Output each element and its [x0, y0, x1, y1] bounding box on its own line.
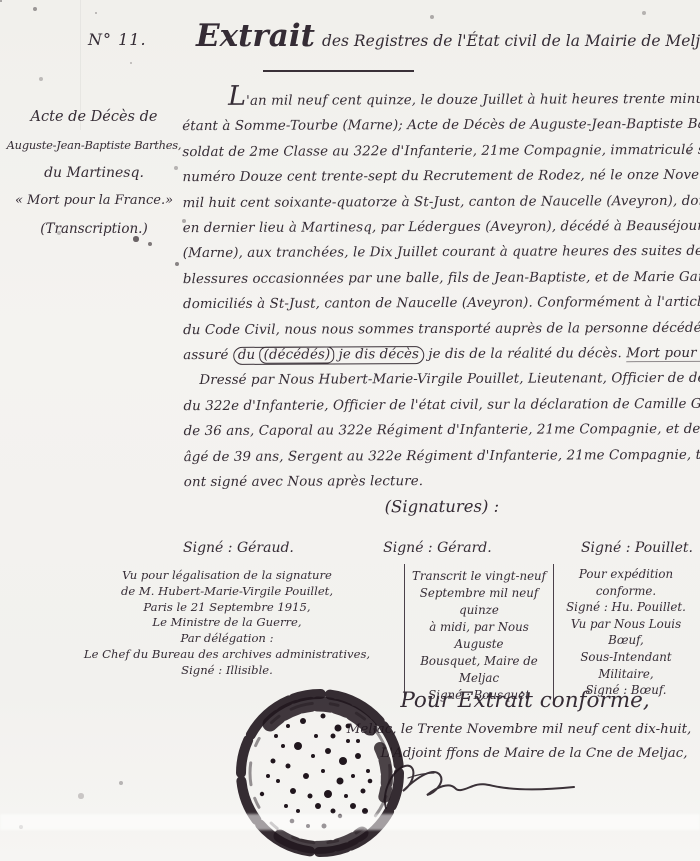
- correction-box-pre: du: [238, 348, 255, 363]
- title-word-extrait: Extrait: [196, 18, 315, 54]
- column-line: de M. Hubert-Marie-Virgile Pouillet,: [50, 584, 404, 600]
- column-line: Vu par Nous Louis Bœuf,: [554, 616, 698, 649]
- column-line: Le Ministre de la Guerre,: [50, 615, 404, 631]
- body-line: étant à Somme-Tourbe (Marne); Acte de Dé…: [182, 112, 698, 140]
- signatures-heading: (Signatures) :: [184, 493, 700, 516]
- margin-note: Acte de Décès de Auguste-Jean-Baptiste B…: [4, 103, 184, 243]
- column-line: Pour expédition conforme.: [554, 566, 698, 599]
- correction-post: je dis de la réalité du décès.: [428, 346, 622, 362]
- column-line: à midi, par Nous Auguste: [407, 619, 551, 653]
- column-line: Sous-Intendant Militaire,: [554, 649, 698, 682]
- transcription-column: Transcrit le vingt-neuf Septembre mil ne…: [404, 564, 554, 704]
- legalisation-column: Vu pour légalisation de la signature de …: [50, 564, 404, 704]
- body-line: âgé de 39 ans, Sergent au 322e Régiment …: [184, 443, 700, 471]
- body-line: L'an mil neuf cent quinze, le douze Juil…: [182, 87, 698, 115]
- body-line-text: 'an mil neuf cent quinze, le douze Juill…: [246, 92, 700, 109]
- column-line: Par délégation :: [50, 631, 404, 647]
- signature-pouillet: Signé : Pouillet.: [581, 540, 693, 556]
- mairie-stamp: [228, 686, 412, 861]
- body-line: du 322e d'Infanterie, Officier de l'état…: [183, 392, 699, 420]
- body-line: du Code Civil, nous nous sommes transpor…: [183, 316, 699, 344]
- body-line: en dernier lieu à Martinesq, par Lédergu…: [183, 214, 699, 242]
- document-number: N° 11.: [88, 30, 147, 49]
- mort-pour-la-france: Mort pour la France.: [626, 346, 700, 363]
- margin-note-line: « Mort pour la France.»: [4, 187, 184, 215]
- body-line: blessures occasionnées par une balle, fi…: [183, 265, 699, 293]
- body-line: domiciliés à St-Just, canton de Naucelle…: [183, 290, 699, 318]
- signature-geraud: Signé : Géraud.: [183, 540, 294, 556]
- signature-row: Signé : Géraud. Signé : Gérard. Signé : …: [183, 540, 693, 556]
- correction-box: du (décédés) je dis décès: [233, 346, 424, 365]
- expedition-column: Pour expédition conforme. Signé : Hu. Po…: [554, 564, 698, 704]
- title-rest: des Registres de l'État civil de la Mair…: [322, 32, 700, 50]
- scan-noise-specks: [0, 0, 2, 2]
- body-text: L'an mil neuf cent quinze, le douze Juil…: [182, 87, 700, 517]
- column-line: Septembre mil neuf quinze: [407, 585, 551, 619]
- body-line: soldat de 2me Classe au 322e d'Infanteri…: [182, 138, 698, 166]
- column-line: Transcrit le vingt-neuf: [407, 568, 551, 585]
- column-line: Signé : Illisible.: [50, 663, 404, 679]
- annotation-columns: Vu pour légalisation de la signature de …: [50, 564, 698, 704]
- body-line-correction: assuré du (décédés) je dis décès je dis …: [183, 341, 699, 369]
- column-line: Vu pour légalisation de la signature: [50, 568, 404, 584]
- correction-inner-box: (décédés): [260, 347, 335, 364]
- body-line: ont signé avec Nous après lecture.: [184, 468, 700, 496]
- body-line: Dressé par Nous Hubert-Marie-Virgile Pou…: [183, 366, 699, 394]
- body-line: (Marne), aux tranchées, le Dix Juillet c…: [183, 239, 699, 267]
- column-line: Le Chef du Bureau des archives administr…: [50, 647, 404, 663]
- margin-note-line: Auguste-Jean-Baptiste Barthes,: [4, 131, 184, 159]
- correction-pre: assuré: [183, 348, 228, 363]
- scanned-death-certificate: N° 11. Extrait des Registres de l'État c…: [0, 0, 700, 861]
- body-line: numéro Douze cent trente-sept du Recrute…: [182, 163, 698, 191]
- column-line: Signé : Hu. Pouillet.: [554, 599, 698, 616]
- body-line: de 36 ans, Caporal au 322e Régiment d'In…: [184, 417, 700, 445]
- correction-box-post: je dis décès: [339, 347, 419, 362]
- signature-gerard: Signé : Gérard.: [383, 540, 492, 556]
- title-underline: [263, 70, 414, 72]
- scan-light-band: [0, 814, 700, 830]
- document-title: Extrait des Registres de l'État civil de…: [196, 18, 700, 54]
- margin-note-line: (Transcription.): [4, 215, 184, 243]
- column-line: Paris le 21 Septembre 1915,: [50, 600, 404, 616]
- illuminated-initial: L: [228, 81, 246, 112]
- column-line: Bousquet, Maire de Meljac: [407, 653, 551, 687]
- margin-note-line: Acte de Décès de: [4, 103, 184, 131]
- body-line: mil huit cent soixante-quatorze à St-Jus…: [183, 189, 699, 217]
- margin-note-line: du Martinesq.: [4, 159, 184, 187]
